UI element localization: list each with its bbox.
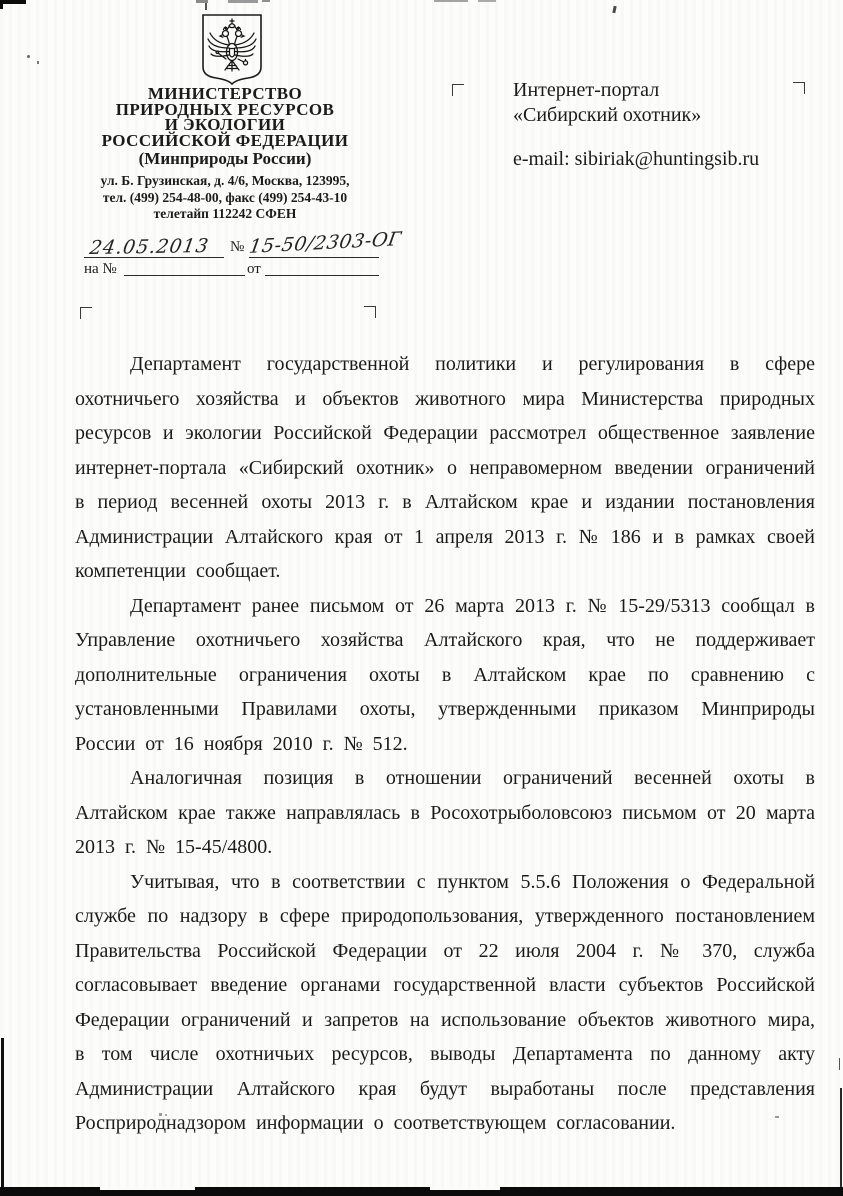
scan-artifact (0, 0, 26, 4)
reply-to-row: на № от (84, 258, 380, 278)
recipient-corner-mark-right (793, 82, 805, 94)
scan-artifact (478, 0, 496, 2)
reply-number-label: на № (84, 261, 117, 278)
paragraph-4: Учитывая, что в соответствии с пунктом 5… (75, 865, 815, 1141)
paragraph-2: Департамент ранее письмом от 26 марта 20… (75, 589, 815, 762)
scan-artifact (228, 0, 258, 3)
scan-artifact (0, 0, 3, 9)
scan-artifact (27, 55, 30, 58)
recipient-name-line-1: Интернет-портал (513, 78, 783, 103)
reply-number-field-line (124, 258, 245, 276)
scan-artifact (262, 0, 270, 2)
address-line-1: ул. Б. Грузинская, д. 4/6, Москва, 12399… (60, 173, 390, 189)
handwritten-number: 15-50/2303-ОГ (248, 228, 404, 258)
scan-artifact (775, 1116, 779, 1118)
number-label: № (230, 239, 244, 256)
recipient-block: Интернет-портал «Сибирский охотник» e-ma… (513, 78, 783, 172)
scan-artifact (430, 1187, 500, 1190)
corner-mark-left (80, 307, 92, 319)
scan-artifact (205, 3, 207, 10)
scan-artifact (612, 6, 616, 13)
letter-body: Департамент государственной политики и р… (75, 347, 815, 1141)
reference-block: 24.05.2013 № 15-50/2303-ОГ на № от (84, 236, 380, 278)
recipient-email: e-mail: sibiriak@huntingsib.ru (513, 147, 783, 172)
corner-mark-right (364, 306, 376, 318)
ministry-short-name: (Минприроды России) (60, 150, 390, 167)
handwritten-date: 24.05.2013 (88, 235, 211, 259)
scan-edge-line-right (840, 1088, 842, 1196)
reply-date-field-line (265, 258, 379, 276)
paragraph-1: Департамент государственной политики и р… (75, 347, 815, 589)
reply-date-label: от (247, 261, 261, 278)
letterhead: МИНИСТЕРСТВО ПРИРОДНЫХ РЕСУРСОВ И ЭКОЛОГ… (60, 86, 390, 223)
outgoing-row: 24.05.2013 № 15-50/2303-ОГ (84, 236, 380, 258)
address-line-3: телетайп 112242 СФЕН (60, 206, 390, 222)
paragraph-3: Аналогичная позиция в отношении ограниче… (75, 761, 815, 865)
scan-artifact (434, 0, 468, 2)
scan-edge-line-left (1, 1038, 4, 1196)
ministry-name-line-4: РОССИЙСКОЙ ФЕДЕРАЦИИ (60, 133, 390, 149)
address-line-2: тел. (499) 254-48-00, факс (499) 254-43-… (60, 190, 390, 206)
russia-coat-of-arms-icon (199, 12, 265, 86)
recipient-name-line-2: «Сибирский охотник» (513, 103, 783, 128)
recipient-corner-mark-left (452, 84, 464, 96)
scan-artifact (159, 1113, 162, 1116)
scan-artifact (165, 1114, 167, 1116)
scan-artifact (839, 1058, 840, 1070)
letterhead-address: ул. Б. Грузинская, д. 4/6, Москва, 12399… (60, 173, 390, 222)
scan-artifact (100, 1187, 195, 1190)
scan-artifact (37, 61, 39, 64)
scanned-letter-page: МИНИСТЕРСТВО ПРИРОДНЫХ РЕСУРСОВ И ЭКОЛОГ… (0, 0, 843, 1196)
